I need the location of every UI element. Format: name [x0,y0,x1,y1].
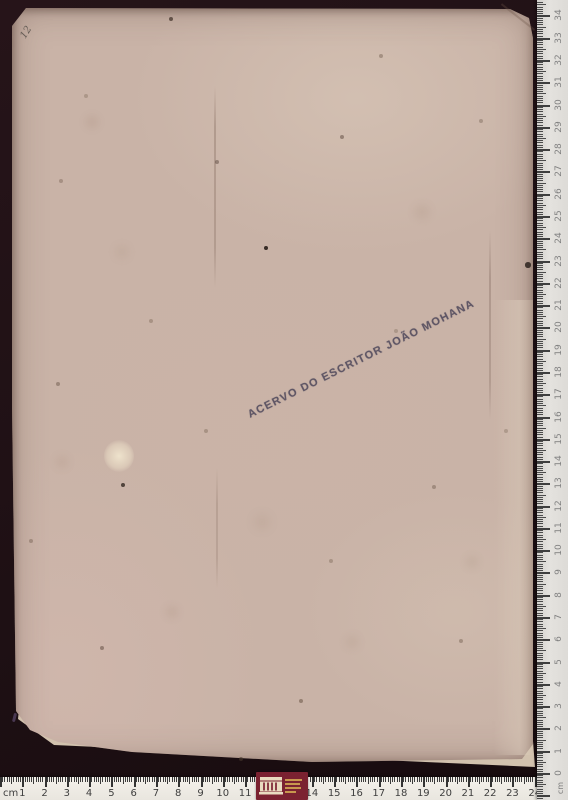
ruler-tick [477,777,478,782]
ruler-tick [519,777,520,782]
ruler-tick [537,383,546,384]
ruler-tick [537,619,543,620]
ruler-number: 5 [554,654,564,670]
ruler-tick [11,777,12,784]
ruler-tick [537,715,543,716]
ruler-tick [537,711,543,712]
ruler-tick [537,31,543,32]
ruler-tick [537,316,546,317]
ruler-tick [481,777,482,782]
ruler-tick [537,588,543,589]
ruler-tick [537,196,543,197]
ruler-tick [537,624,543,625]
ruler-tick [176,777,177,782]
ruler-tick [390,777,391,784]
ruler-tick [537,234,543,235]
ruler-tick [131,777,132,782]
ruler-tick [537,281,543,282]
ruler-tick [537,390,543,391]
ruler-tick [537,401,543,402]
ruler-tick [537,254,543,255]
ruler-tick [537,697,543,698]
ruler-tick [198,777,199,782]
ruler-tick [537,356,543,357]
ruler-tick [528,777,529,782]
ruler-tick [325,777,326,782]
ruler-tick [419,777,420,782]
ruler-tick [537,76,543,77]
ruler-tick [537,769,543,770]
ruler-tick [183,777,184,782]
ruler-tick [352,777,353,782]
ruler-number: 3 [554,698,564,714]
ruler-tick [537,633,543,634]
ruler-tick [537,178,543,179]
ruler-number: 27 [554,163,564,179]
ruler-number: 0 [554,765,564,781]
ruler-tick [225,777,226,782]
ruler-tick [537,695,546,696]
ruler-tick [466,777,467,782]
ruler-tick [4,777,5,782]
ruler-tick [149,777,150,782]
ruler-tick [537,682,543,683]
ruler-tick [381,777,382,782]
ruler-tick [537,292,543,293]
ruler-tick [537,708,543,709]
ruler-tick [537,98,543,99]
ruler-number: 8 [175,788,181,799]
ruler-tick [96,777,97,782]
ruler-tick [537,459,543,460]
ruler-tick [537,42,543,43]
ruler-tick [537,530,543,531]
ruler-tick [33,777,34,784]
ruler-tick [537,379,543,380]
ruler-tick [537,220,543,221]
ruler-tick [47,777,48,782]
ruler-tick [463,777,464,782]
ruler-tick [521,777,522,782]
ruler-tick [537,789,543,790]
ruler-tick [537,555,543,556]
ruler-number: 4 [554,676,564,692]
ruler-tick [123,777,124,784]
ruler-tick [537,639,550,641]
ruler-tick [470,777,471,782]
ruler-tick [537,441,543,442]
ruler-tick [537,757,543,758]
ruler-tick [537,479,543,480]
ruler-tick [154,777,155,782]
ruler-tick [537,22,543,23]
paper-crease [214,86,216,288]
archive-building-icon [259,777,283,795]
ruler-tick [537,688,543,689]
ruler-tick [537,258,543,259]
ruler-tick [328,777,329,782]
ruler-tick [537,699,543,700]
ruler-tick [537,673,546,674]
ruler-tick [537,659,543,660]
ruler-tick [227,777,228,782]
ruler-tick [537,229,543,230]
ruler-tick [69,777,70,782]
ruler-number: 6 [554,631,564,647]
ruler-tick [537,278,543,279]
ruler-tick [29,777,30,782]
ruler-tick [537,267,543,268]
ruler-tick [537,102,543,103]
ruler-tick [537,702,543,703]
ruler-tick [71,777,72,782]
ruler-tick [537,726,543,727]
ruler-tick [537,637,543,638]
ruler-tick [2,777,3,782]
ruler-tick [98,777,99,782]
ruler-tick [60,777,61,782]
ruler-tick [537,492,543,493]
ruler-number: 19 [554,342,564,358]
ruler-tick [537,432,543,433]
paper-stain-light [104,440,134,472]
ruler-tick [314,777,315,782]
ruler-tick [118,777,119,782]
ruler-tick [180,777,181,782]
ruler-tick [537,463,543,464]
ruler-tick [537,287,543,288]
ruler-tick [475,777,476,782]
vertical-ruler: cm 3433323130292827262524232221201918171… [537,0,568,800]
ruler-number: 17 [554,386,564,402]
ruler-tick [537,595,550,597]
ruler-number: 20 [439,788,452,799]
ruler-tick [537,472,546,473]
ruler-tick [537,129,543,130]
ruler-tick [537,506,550,508]
ruler-tick [537,245,543,246]
ruler-tick [495,777,496,782]
ruler-tick [537,423,543,424]
ruler-tick [517,777,518,782]
ruler-tick [537,597,543,598]
ruler-tick [537,635,543,636]
ruler-number: 22 [484,788,497,799]
ruler-tick [537,298,543,299]
ruler-tick [537,78,543,79]
ruler-number: 2 [554,720,564,736]
ruler-tick [537,626,543,627]
ruler-tick [87,777,88,782]
ruler-number: 1 [554,743,564,759]
ruler-tick [537,40,543,41]
ruler-tick [537,69,543,70]
ruler-tick [441,777,442,782]
ruler-tick [537,2,543,3]
ruler-tick [76,777,77,782]
ruler-tick [510,777,511,782]
ruler-tick [537,468,543,469]
ruler-unit-label: cm [556,780,566,796]
ruler-tick [319,777,320,782]
ruler-number: 14 [554,453,564,469]
ruler-tick [16,777,17,782]
ruler-tick [537,653,543,654]
ruler-number: 10 [554,542,564,558]
ruler-tick [432,777,433,782]
ruler-tick [537,766,543,767]
ruler-tick [537,394,550,396]
ruler-tick [537,109,543,110]
ruler-tick [537,740,546,741]
ruler-tick [537,167,543,168]
ruler-tick [537,403,543,404]
ruler-tick [537,445,543,446]
ruler-tick [537,350,550,352]
ruler-tick [537,644,543,645]
ruler-tick [537,93,546,94]
ruler-tick [365,777,366,782]
ruler-tick [85,777,86,782]
ruler-tick [537,58,543,59]
ruler-tick [537,617,550,619]
ruler-tick [537,345,543,346]
ruler-tick [537,706,550,708]
ruler-tick [537,515,543,516]
ruler-tick [537,566,543,567]
ruler-tick [537,628,546,629]
ruler-tick [343,777,344,782]
ruler-tick [174,777,175,782]
ruler-number: 9 [197,788,203,799]
ruler-tick [537,374,543,375]
ruler-tick [537,577,543,578]
ruler-tick [537,579,543,580]
ruler-tick [537,564,543,565]
ruler-tick [537,421,543,422]
ruler-tick [397,777,398,782]
ruler-tick [537,368,543,369]
ruler-tick [537,370,543,371]
ruler-tick [537,552,543,553]
ruler-tick [537,305,550,307]
ruler-tick [323,777,324,784]
ruler-tick [537,183,546,184]
ruler-number: 32 [554,52,564,68]
ruler-tick [537,410,543,411]
ruler-tick [537,777,543,778]
ruler-tick [537,44,543,45]
paper-crease [216,468,218,588]
ruler-tick [53,777,54,782]
ruler-tick [388,777,389,782]
ruler-tick [537,593,543,594]
ruler-tick [537,686,543,687]
ruler-tick [49,777,50,782]
ruler-tick [537,269,543,270]
ruler-tick [537,452,543,453]
ruler-tick [506,777,507,782]
ruler-number: 21 [554,297,564,313]
ruler-tick [537,610,543,611]
ruler-tick [537,405,546,406]
ruler-tick [537,363,543,364]
ruler-tick [172,777,173,782]
ruler-tick [537,590,543,591]
ruler-tick [209,777,210,782]
ruler-tick [537,604,543,605]
ruler-tick [461,777,462,782]
ruler-tick [216,777,217,782]
ruler-tick [537,232,543,233]
ruler-tick [537,27,546,28]
ruler-tick [537,89,543,90]
ruler-tick [537,443,543,444]
ruler-tick [252,777,253,782]
ruler-tick [537,310,543,311]
ruler-tick [537,216,550,218]
ruler-tick [143,777,144,782]
ruler-tick [537,499,543,500]
ruler-tick [354,777,355,782]
ruler-tick [537,4,546,5]
ruler-tick [537,510,543,511]
ruler-tick [537,365,543,366]
ruler-number: 10 [216,788,229,799]
ruler-number: 23 [506,788,519,799]
ruler-tick [537,33,543,34]
ruler-tick [457,777,458,784]
ruler-tick [434,777,435,784]
ruler-tick [537,606,546,607]
ruler-tick [537,223,543,224]
ruler-tick [537,218,543,219]
ruler-tick [316,777,317,782]
ruler-number: 20 [554,319,564,335]
ruler-tick [537,154,543,155]
ruler-tick [537,753,543,754]
ruler-number: 23 [554,253,564,269]
ruler-tick [236,777,237,782]
ruler-tick [80,777,81,782]
ruler-tick [218,777,219,782]
ruler-tick [537,62,543,63]
ruler-tick [372,777,373,782]
ruler-tick [537,91,543,92]
ruler-tick [537,53,543,54]
ruler-tick [414,777,415,782]
ruler-tick [537,38,550,40]
ruler-tick [537,352,543,353]
ruler-tick [426,777,427,782]
ruler-tick [537,67,543,68]
ruler-tick [165,777,166,782]
ruler-tick [537,704,543,705]
ruler-number: 16 [350,788,363,799]
scanner-bed-background: ACERVO DO ESCRITOR JOÃO MOHANA 12 cm 123… [0,0,568,800]
ruler-tick [537,775,543,776]
ruler-tick [472,777,473,782]
ruler-tick [359,777,360,782]
ruler-tick [537,330,543,331]
ruler-tick [234,777,235,784]
ruler-tick [537,784,546,785]
ruler-tick [537,751,550,753]
ruler-tick [537,120,543,121]
ruler-tick [136,777,137,782]
ruler-tick [537,49,546,50]
ruler-tick [537,283,550,285]
ruler-tick [537,679,543,680]
ruler-tick [537,497,543,498]
ruler-tick [537,147,543,148]
ruler-tick [537,584,546,585]
ruler-tick [310,777,311,782]
ruler-tick [537,252,543,253]
ruler-tick [392,777,393,782]
archive-logo [256,772,308,800]
ruler-tick [508,777,509,782]
ruler-tick [537,657,543,658]
ruler-tick [399,777,400,782]
ruler-tick [537,385,543,386]
ruler-tick [537,169,543,170]
ruler-number: 19 [417,788,430,799]
ruler-number: 11 [239,788,252,799]
ruler-number: 1 [19,788,25,799]
ruler-tick [537,171,550,173]
ruler-tick [187,777,188,782]
ruler-tick [537,18,543,19]
ruler-tick [537,737,543,738]
ruler-tick [537,474,543,475]
ruler-tick [537,684,550,686]
ruler-number: 15 [328,788,341,799]
ruler-tick [537,428,546,429]
ruler-tick [537,722,543,723]
ruler-tick [537,327,550,329]
ruler-tick [537,601,543,602]
ruler-number: 18 [395,788,408,799]
ruler-tick [537,203,543,204]
ruler-tick [430,777,431,782]
ruler-tick [439,777,440,782]
ruler-number: 28 [554,141,564,157]
ruler-tick [537,60,550,62]
ruler-tick [537,508,543,509]
ruler-tick [537,581,543,582]
ruler-tick [537,512,543,513]
ruler-tick [537,127,550,129]
ruler-tick [537,795,550,797]
ruler-tick [537,214,543,215]
ruler-tick [537,466,543,467]
ruler-tick [537,332,543,333]
ruler-tick [412,777,413,784]
ink-mark [12,713,17,722]
ruler-tick [537,15,550,17]
ruler-number: 33 [554,30,564,46]
ruler-tick [537,138,546,139]
ruler-tick [129,777,130,782]
ruler-tick [537,272,546,273]
ruler-tick [537,122,543,123]
ruler-tick [537,189,543,190]
ruler-tick [350,777,351,782]
ruler-tick [537,666,543,667]
ruler-tick [537,51,543,52]
ruler-tick [537,523,543,524]
